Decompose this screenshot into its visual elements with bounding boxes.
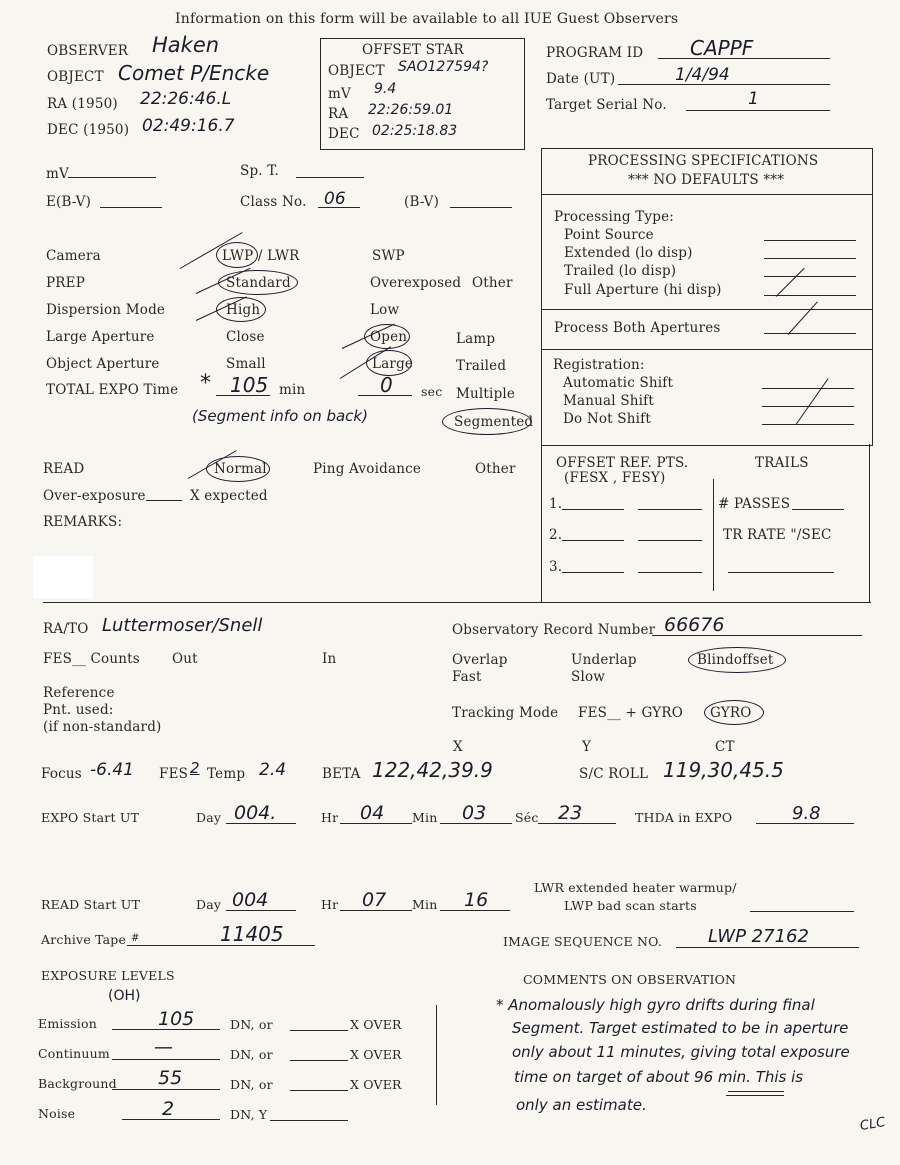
oh-note: (OH) — [108, 988, 140, 1004]
prep-choice-overexposed[interactable]: Overexposed — [370, 275, 461, 291]
object-aperture-choice-trailed[interactable]: Trailed — [456, 358, 506, 374]
comment-line-5: only an estimate. — [516, 1096, 647, 1114]
observer-value[interactable]: Haken — [152, 33, 219, 57]
object-aperture-choice-small[interactable]: Small — [226, 356, 266, 372]
fes-label: FES — [159, 766, 188, 782]
prep-selected-circle — [218, 270, 298, 295]
continuum-suffix: DN, or — [230, 1047, 273, 1062]
class-value[interactable]: 06 — [324, 189, 346, 209]
read-hr-label: Hr — [321, 897, 338, 912]
tracking-mode-label: Tracking Mode — [452, 705, 558, 721]
read-min-value[interactable]: 16 — [464, 889, 488, 911]
large-aperture-choice-lamp[interactable]: Lamp — [456, 331, 495, 347]
obs-record-label: Observatory Record Number — [452, 622, 655, 638]
gyro-selected-circle — [704, 700, 764, 725]
read-day-value[interactable]: 004 — [232, 889, 268, 911]
fes-in-label: In — [322, 651, 336, 667]
mv-field[interactable] — [68, 177, 156, 178]
overexposure-label: Over-exposure — [43, 488, 146, 504]
expo-min-label: Min — [412, 810, 437, 825]
background-suffix: DN, or — [230, 1077, 273, 1092]
slow-option[interactable]: Slow — [571, 669, 605, 685]
read-hr-value[interactable]: 07 — [362, 889, 386, 911]
comments-title: COMMENTS ON OBSERVATION — [523, 972, 736, 987]
prep-label: PREP — [46, 275, 85, 291]
overexposure-suffix: X expected — [190, 488, 268, 504]
read-day-label: Day — [196, 897, 221, 912]
focus-label: Focus — [41, 766, 82, 782]
dec-label: DEC (1950) — [47, 122, 129, 138]
read-label: READ — [43, 461, 84, 477]
asterisk-icon: * — [200, 371, 211, 396]
fast-option[interactable]: Fast — [452, 669, 482, 685]
beta-value[interactable]: 122,42,39.9 — [372, 758, 493, 782]
form-notice: Information on this form will be availab… — [175, 11, 678, 27]
bv-field[interactable] — [450, 207, 512, 208]
emission-over-label: X OVER — [350, 1017, 402, 1032]
offset-dec-value[interactable]: 02:25:18.83 — [372, 123, 457, 139]
reference-line-1: Reference — [43, 685, 115, 701]
expo-time-label: TOTAL EXPO Time — [46, 382, 178, 398]
type-point-source: Point Source — [564, 227, 654, 243]
archive-tape-label: Archive Tape — [41, 932, 126, 947]
offset-row-1-label: 1. — [549, 496, 562, 512]
x-label: X — [453, 739, 463, 755]
continuum-over-field[interactable] — [290, 1060, 348, 1061]
iue-observation-form: Information on this form will be availab… — [0, 0, 900, 1165]
read-choice-ping-avoidance[interactable]: Ping Avoidance — [313, 461, 421, 477]
tr-rate-field[interactable] — [728, 572, 834, 573]
offset-row-2-label: 2. — [549, 527, 562, 543]
comment-line-1: * Anomalously high gyro drifts during fi… — [496, 996, 815, 1014]
large-aperture-choice-close[interactable]: Close — [226, 329, 265, 345]
read-min-label: Min — [412, 897, 437, 912]
offset-row-1-fesx[interactable] — [562, 509, 624, 510]
serial-value[interactable]: 1 — [748, 89, 759, 109]
lwr-note-line-2: LWP bad scan starts — [564, 898, 697, 913]
temp-value[interactable]: 2.4 — [259, 760, 286, 780]
date-label: Date (UT) — [546, 71, 615, 87]
reference-line-3: (if non-standard) — [43, 719, 162, 735]
temp-label: Temp — [207, 766, 245, 782]
offset-row-3-fesy[interactable] — [638, 572, 702, 573]
emission-suffix: DN, or — [230, 1017, 273, 1032]
beta-label: BETA — [322, 766, 361, 782]
read-start-label: READ Start UT — [41, 897, 140, 912]
expo-sec-label: Séc — [515, 810, 539, 825]
serial-label: Target Serial No. — [546, 97, 667, 113]
expo-multiple[interactable]: Multiple — [456, 386, 515, 402]
dispersion-selected-circle — [216, 297, 266, 322]
offset-row-2-fesx[interactable] — [562, 540, 624, 541]
background-over-label: X OVER — [350, 1077, 402, 1092]
thda-label: THDA in EXPO — [635, 810, 732, 825]
offset-row-1-fesy[interactable] — [638, 509, 702, 510]
type-extended-field[interactable] — [764, 258, 856, 259]
segment-note: (Segment info on back) — [192, 407, 368, 425]
registration-label: Registration: — [553, 357, 645, 373]
offset-row-3-label: 3. — [549, 559, 562, 575]
thda-value[interactable]: 9.8 — [792, 803, 821, 824]
comment-line-3: only about 11 minutes, giving total expo… — [512, 1043, 850, 1061]
program-id-value[interactable]: CAPPF — [690, 36, 753, 60]
ebv-label: E(B-V) — [46, 194, 91, 210]
ct-label: CT — [715, 739, 735, 755]
offset-ref-subtitle: (FESX , FESY) — [564, 470, 665, 486]
comment-line-4: time on target of about 96 min. This is — [514, 1068, 803, 1086]
y-label: Y — [582, 739, 591, 755]
expo-sec-start-value[interactable]: 23 — [558, 802, 582, 824]
offset-ra-value[interactable]: 22:26:59.01 — [368, 102, 453, 118]
type-full-aperture: Full Aperture (hi disp) — [564, 282, 722, 298]
background-label: Background — [38, 1076, 117, 1091]
emission-dn-value[interactable]: 105 — [158, 1008, 194, 1030]
offset-dec-label: DEC — [328, 126, 360, 142]
rato-value[interactable]: Luttermoser/Snell — [102, 615, 262, 636]
offset-row-3-fesx[interactable] — [562, 572, 624, 573]
tracking-fes-gyro[interactable]: FES__ + GYRO — [578, 705, 683, 721]
camera-choice-swp[interactable]: SWP — [372, 248, 405, 264]
passes-label: # PASSES — [718, 496, 790, 512]
type-point-source-field[interactable] — [764, 240, 856, 241]
redaction-patch — [33, 556, 93, 598]
noise-y-field[interactable] — [270, 1120, 348, 1121]
trails-title: TRAILS — [755, 455, 809, 471]
continuum-over-label: X OVER — [350, 1047, 402, 1062]
roll-label: S/C ROLL — [579, 766, 648, 782]
registration-automatic-field[interactable] — [762, 388, 854, 389]
initials: CLC — [859, 1115, 887, 1134]
ra-label: RA (1950) — [47, 96, 118, 112]
emission-over-field[interactable] — [290, 1030, 348, 1031]
object-value[interactable]: Comet P/Encke — [118, 61, 269, 85]
lwr-field[interactable] — [750, 911, 854, 912]
exposure-levels-title: EXPOSURE LEVELS — [41, 968, 175, 983]
archive-tape-hash: # — [131, 933, 140, 944]
fes-counts-label: FES__ Counts — [43, 651, 140, 667]
dispersion-choice-low[interactable]: Low — [370, 302, 399, 318]
offset-mv-label: mV — [328, 86, 351, 102]
expo-day-value[interactable]: 004. — [234, 802, 276, 824]
noise-dn-value[interactable]: 2 — [162, 1098, 174, 1120]
fes-value[interactable]: 2 — [190, 759, 200, 777]
offset-mv-value[interactable]: 9.4 — [374, 81, 396, 97]
date-value[interactable]: 1/4/94 — [675, 65, 730, 85]
object-label: OBJECT — [47, 69, 104, 85]
overlap-option[interactable]: Overlap — [452, 652, 508, 668]
ebv-field[interactable] — [100, 207, 162, 208]
expo-sec-unit: sec — [421, 384, 442, 399]
remarks-label: REMARKS: — [43, 514, 122, 530]
roll-value[interactable]: 119,30,45.5 — [663, 758, 784, 782]
rato-label: RA/TO — [43, 621, 89, 637]
prep-choice-other[interactable]: Other — [472, 275, 513, 291]
class-label: Class No. — [240, 194, 307, 210]
focus-value[interactable]: -6.41 — [90, 760, 134, 780]
program-id-label: PROGRAM ID — [546, 45, 643, 61]
type-trailed: Trailed (lo disp) — [564, 263, 676, 279]
registration-automatic: Automatic Shift — [563, 375, 673, 391]
bv-label: (B-V) — [404, 194, 439, 210]
emission-label: Emission — [38, 1016, 97, 1031]
archive-tape-value[interactable]: 11405 — [220, 922, 284, 946]
object-aperture-label: Object Aperture — [46, 356, 160, 372]
lwr-note-line-1: LWR extended heater warmup/ — [534, 880, 737, 895]
segmented-selected-circle — [442, 408, 532, 435]
expo-min-value[interactable]: 105 — [230, 373, 268, 397]
reference-line-2: Pnt. used: — [43, 702, 114, 718]
expo-hr-label: Hr — [321, 810, 338, 825]
overexposure-field[interactable] — [146, 500, 182, 501]
expo-day-label: Day — [196, 810, 221, 825]
observer-label: OBSERVER — [47, 43, 128, 59]
large-aperture-label: Large Aperture — [46, 329, 155, 345]
comment-line-2: Segment. Target estimated to be in apert… — [512, 1019, 848, 1037]
image-seq-value[interactable]: LWP 27162 — [708, 926, 809, 947]
processing-subtitle: *** NO DEFAULTS *** — [628, 172, 784, 188]
offset-object-label: OBJECT — [328, 63, 385, 79]
background-dn-value[interactable]: 55 — [158, 1067, 182, 1089]
expo-start-label: EXPO Start UT — [41, 810, 139, 825]
offset-star-title: OFFSET STAR — [362, 42, 464, 58]
mv-label: mV — [46, 166, 69, 182]
processing-title: PROCESSING SPECIFICATIONS — [588, 153, 818, 169]
both-apertures-label: Process Both Apertures — [554, 320, 721, 336]
offset-ra-label: RA — [328, 106, 348, 122]
fes-out-label: Out — [172, 651, 198, 667]
registration-do-not-shift-field[interactable] — [762, 424, 854, 425]
dispersion-label: Dispersion Mode — [46, 302, 165, 318]
expo-min-unit: min — [279, 382, 305, 398]
noise-label: Noise — [38, 1106, 75, 1121]
image-seq-label: IMAGE SEQUENCE NO. — [503, 934, 662, 949]
type-trailed-field[interactable] — [764, 276, 856, 277]
type-extended: Extended (lo disp) — [564, 245, 693, 261]
passes-field[interactable] — [792, 509, 844, 510]
obs-record-value[interactable]: 66676 — [664, 614, 724, 636]
expo-min-start-value[interactable]: 03 — [462, 802, 486, 824]
read-selected-circle — [206, 456, 270, 482]
background-over-field[interactable] — [290, 1090, 348, 1091]
offset-object-value[interactable]: SAO127594? — [398, 59, 488, 75]
registration-do-not-shift: Do Not Shift — [563, 411, 651, 427]
tr-rate-label: TR RATE "/SEC — [723, 527, 832, 543]
spt-field[interactable] — [296, 177, 364, 178]
spt-label: Sp. T. — [240, 163, 279, 179]
expo-hr-value[interactable]: 04 — [360, 802, 384, 824]
continuum-label: Continuum — [38, 1046, 110, 1061]
blindoffset-selected-circle — [688, 647, 786, 673]
expo-sec-value[interactable]: 0 — [380, 373, 393, 397]
camera-label: Camera — [46, 248, 101, 264]
camera-selected-circle — [216, 242, 258, 268]
read-choice-other[interactable]: Other — [475, 461, 516, 477]
noise-suffix: DN, Y — [230, 1107, 267, 1122]
processing-type-label: Processing Type: — [554, 209, 674, 225]
dec-value[interactable]: 02:49:16.7 — [142, 116, 235, 136]
registration-manual: Manual Shift — [563, 393, 654, 409]
offset-row-2-fesy[interactable] — [638, 540, 702, 541]
underlap-option[interactable]: Underlap — [571, 652, 637, 668]
offset-ref-title: OFFSET REF. PTS. — [556, 455, 688, 471]
both-apertures-field[interactable] — [764, 333, 856, 334]
continuum-dn-value[interactable]: — — [154, 1036, 173, 1058]
ra-value[interactable]: 22:26:46.L — [140, 89, 231, 109]
